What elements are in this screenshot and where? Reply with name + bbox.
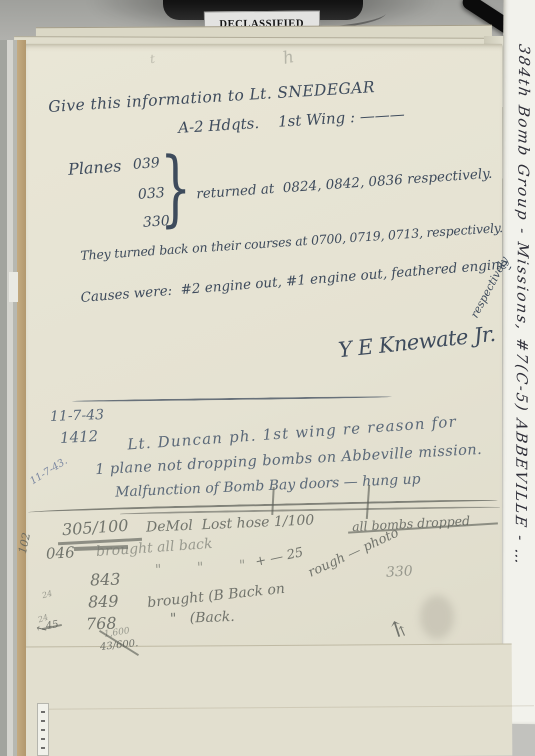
- left-edge-strip-tan: [17, 40, 26, 756]
- log-time: 1412: [60, 427, 99, 447]
- lower-page: [24, 644, 513, 756]
- pencil-row3-number: 843: [90, 569, 121, 589]
- side-page-with-archive-note: 384th Bomb Group - Missions, #7(C-5) ABB…: [498, 0, 535, 724]
- brace: }: [160, 148, 191, 230]
- scanned-document: SOLOS DECLASSIFIED 384th Bomb Group - Mi…: [0, 0, 535, 756]
- left-edge-strip-gray: [0, 40, 7, 756]
- fingerprint-smudge: [420, 595, 454, 639]
- log-date: 11-7-43: [50, 407, 105, 425]
- left-edge-tab: [9, 272, 18, 302]
- pencil-row2-number: 046: [46, 543, 76, 562]
- planes-label: Planes: [67, 156, 122, 179]
- plane-number-1: 039: [132, 155, 160, 173]
- pencil-330: 330: [386, 563, 414, 580]
- bottom-left-label-strip: [37, 703, 49, 756]
- pencil-row4-number: 849: [88, 591, 119, 611]
- archive-note-vertical-text: 384th Bomb Group - Missions, #7(C-5) ABB…: [512, 43, 534, 568]
- pencil-row5-text: " (Back.: [170, 609, 235, 627]
